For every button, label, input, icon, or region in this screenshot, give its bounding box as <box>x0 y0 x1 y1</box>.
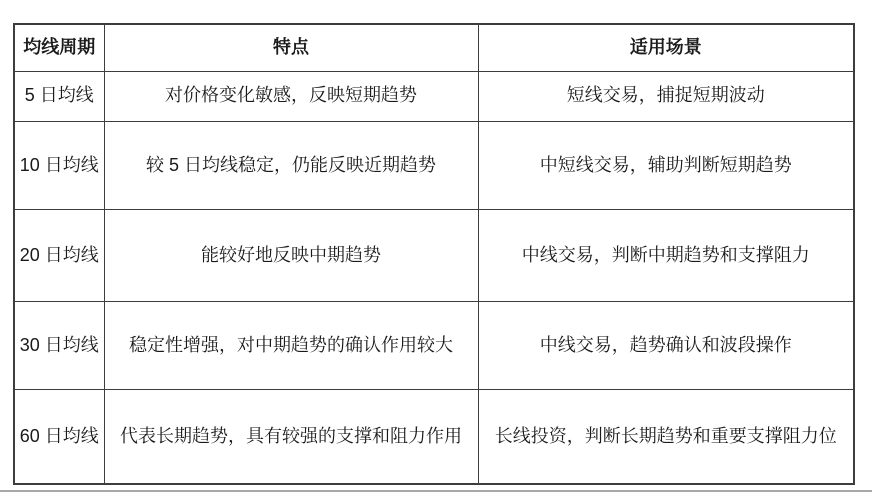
feature-cell: 稳定性增强，对中期趋势的确认作用较大 <box>104 301 478 389</box>
header-cell-scenario: 适用场景 <box>478 24 854 71</box>
period-cell: 20 日均线 <box>14 209 104 301</box>
period-cell: 30 日均线 <box>14 301 104 389</box>
header-cell-period: 均线周期 <box>14 24 104 71</box>
feature-cell: 对价格变化敏感，反映短期趋势 <box>104 71 478 121</box>
table-row: 20 日均线 能较好地反映中期趋势 中线交易，判断中期趋势和支撑阻力 <box>14 209 854 301</box>
table-row: 10 日均线 较 5 日均线稳定，仍能反映近期趋势 中短线交易，辅助判断短期趋势 <box>14 121 854 209</box>
period-cell: 10 日均线 <box>14 121 104 209</box>
page-canvas: 均线周期 特点 适用场景 5 日均线 对价格变化敏感，反映短期趋势 短线交易，捕… <box>0 0 872 500</box>
feature-cell: 代表长期趋势，具有较强的支撑和阻力作用 <box>104 389 478 484</box>
table-header-row: 均线周期 特点 适用场景 <box>14 24 854 71</box>
moving-average-table: 均线周期 特点 适用场景 5 日均线 对价格变化敏感，反映短期趋势 短线交易，捕… <box>13 23 855 485</box>
period-cell: 60 日均线 <box>14 389 104 484</box>
feature-cell: 能较好地反映中期趋势 <box>104 209 478 301</box>
scenario-cell: 短线交易，捕捉短期波动 <box>478 71 854 121</box>
scenario-cell: 长线投资，判断长期趋势和重要支撑阻力位 <box>478 389 854 484</box>
scenario-cell: 中短线交易，辅助判断短期趋势 <box>478 121 854 209</box>
table-row: 30 日均线 稳定性增强，对中期趋势的确认作用较大 中线交易，趋势确认和波段操作 <box>14 301 854 389</box>
header-cell-feature: 特点 <box>104 24 478 71</box>
bottom-divider-line <box>0 490 872 492</box>
scenario-cell: 中线交易，趋势确认和波段操作 <box>478 301 854 389</box>
scenario-cell: 中线交易，判断中期趋势和支撑阻力 <box>478 209 854 301</box>
table-row: 60 日均线 代表长期趋势，具有较强的支撑和阻力作用 长线投资，判断长期趋势和重… <box>14 389 854 484</box>
table-row: 5 日均线 对价格变化敏感，反映短期趋势 短线交易，捕捉短期波动 <box>14 71 854 121</box>
feature-cell: 较 5 日均线稳定，仍能反映近期趋势 <box>104 121 478 209</box>
period-cell: 5 日均线 <box>14 71 104 121</box>
